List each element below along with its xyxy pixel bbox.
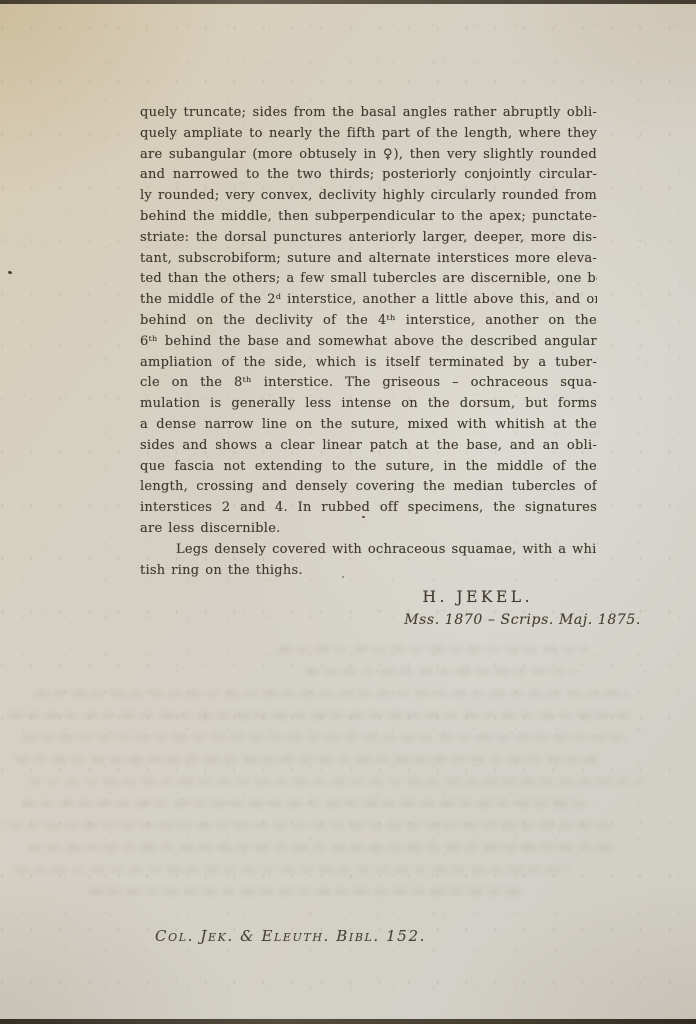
manuscript-line: behind on the declivity of the 4ᵗʰ inter… [140,311,597,332]
manuscript-line: tish ring on the thighs. [140,561,597,582]
manuscript-line: tant, subscrobiform; suture and alternat… [140,249,597,270]
ghost-text-line [8,822,616,829]
manuscript-line: ampliation of the side, which is itself … [140,353,597,374]
manuscript-line: que fascia not extending to the suture, … [140,457,597,478]
manuscript-line: are subangular (more obtusely in ♀), the… [140,145,597,166]
manuscript-line: and narrowed to the two thirds; posterio… [140,165,597,186]
scan-edge-top [0,0,696,4]
author-signature: H. JEKEL. [0,588,533,606]
manuscript-line: ted than the others; a few small tubercl… [140,269,597,290]
ghost-text-line [35,690,630,697]
manuscript-line: behind the middle, then subperpendicular… [140,207,597,228]
manuscript-line: are less discernible. [140,519,597,540]
ghost-text-line [28,778,643,785]
ghost-text-line [15,866,569,873]
ghost-text-line [305,668,575,675]
scan-edge-bottom [0,1019,696,1024]
ink-speck [8,270,13,274]
ghost-text-line [89,888,522,895]
ghost-text-line [15,756,596,763]
manuscript-line: quely ampliate to nearly the fifth part … [140,124,597,145]
manuscript-line: the middle of the 2ᵈ interstice, another… [140,290,597,311]
ghost-text-line [8,712,630,719]
manuscript-line: Legs densely covered with ochraceous squ… [140,540,597,561]
ghost-text-line [22,800,590,807]
manuscript-line: cle on the 8ᵗʰ interstice. The griseous … [140,373,597,394]
manuscript-line: length, crossing and densely covering th… [140,477,597,498]
manuscript-line: quely truncate; sides from the basal ang… [140,103,597,124]
collection-citation: Col. Jek. & Eleuth. Bibl. 152. [155,927,426,945]
manuscript-line: 6ᵗʰ behind the base and somewhat above t… [140,332,597,353]
manuscript-line: ly rounded; very convex, declivity highl… [140,186,597,207]
manuscript-line: striate: the dorsal punctures anteriorly… [140,228,597,249]
manuscript-line: interstices 2 and 4. In rubbed off speci… [140,498,597,519]
ghost-text-line [22,734,630,741]
manuscript-date-note: Mss. 1870 – Scrips. Maj. 1875. [0,612,641,628]
manuscript-text-block: quely truncate; sides from the basal ang… [140,103,597,581]
manuscript-line: a dense narrow line on the suture, mixed… [140,415,597,436]
scanned-manuscript-page: quely truncate; sides from the basal ang… [0,0,696,1024]
bleedthrough-ghost-text [8,646,684,910]
manuscript-line: sides and shows a clear linear patch at … [140,436,597,457]
ghost-text-line [278,646,589,653]
manuscript-line: mulation is generally less intense on th… [140,394,597,415]
ghost-text-line [28,844,616,851]
